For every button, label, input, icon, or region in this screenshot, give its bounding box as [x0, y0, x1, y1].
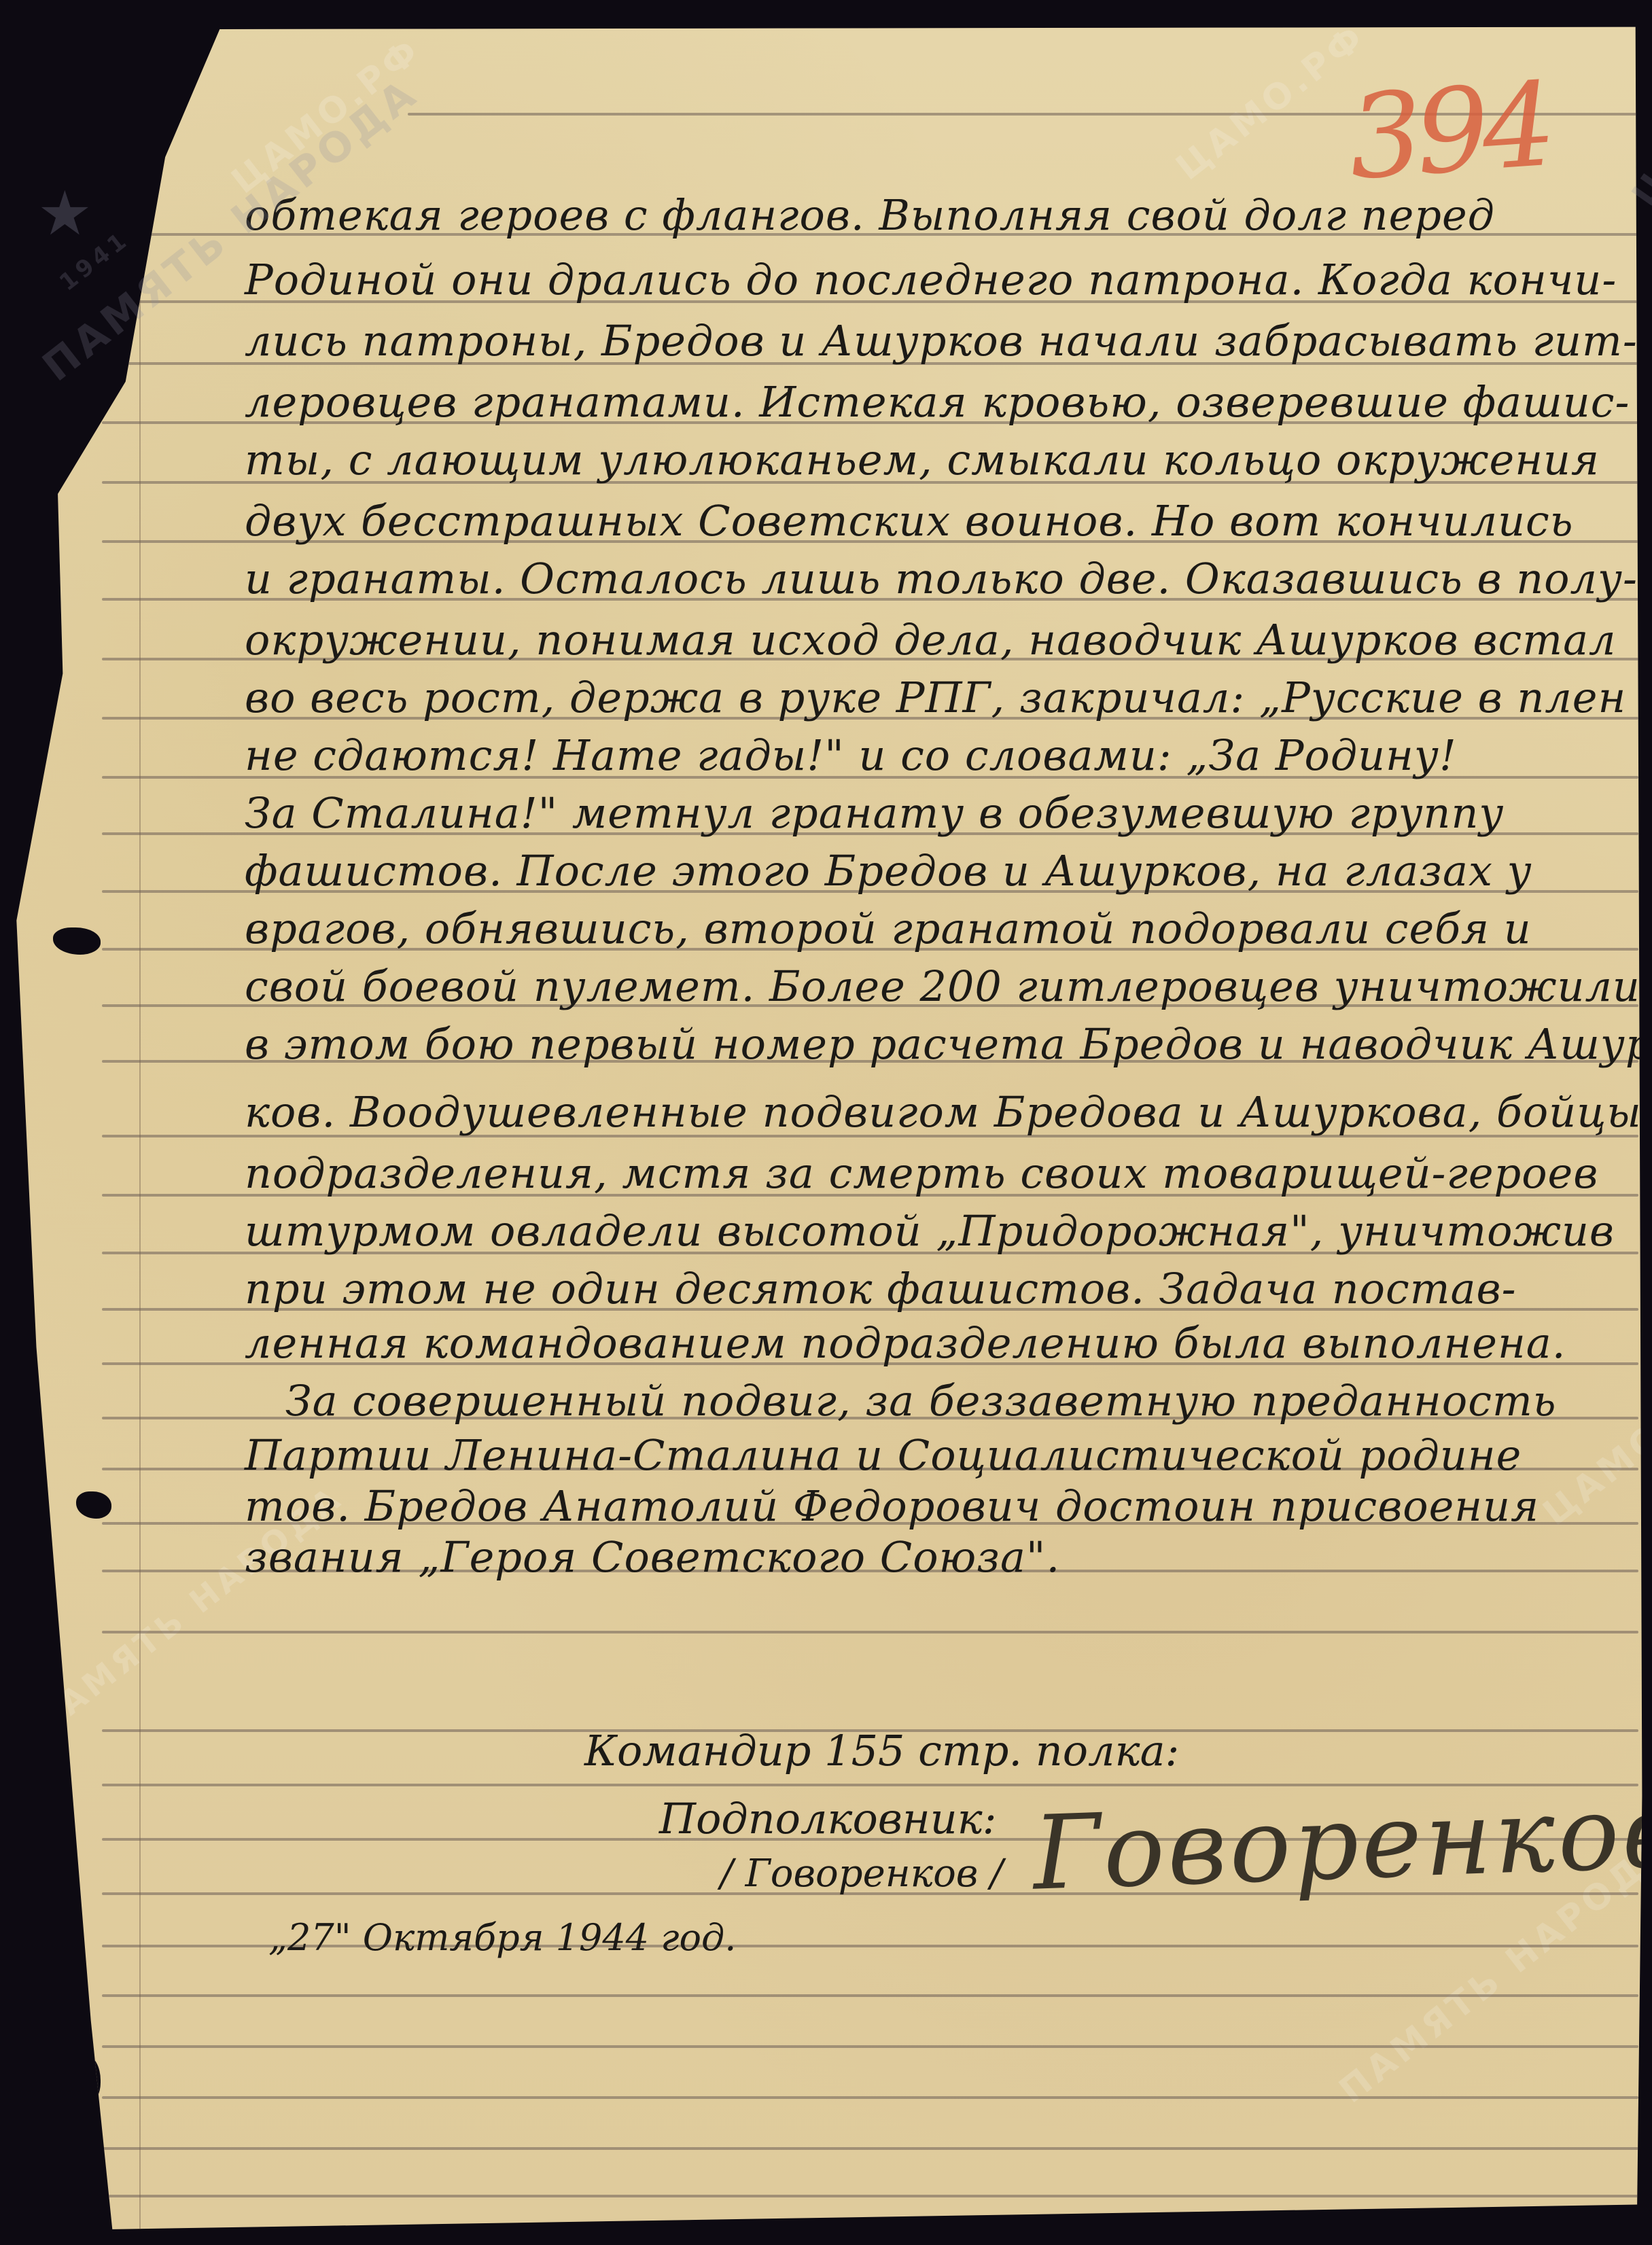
- commander-rank: Подполковник:: [659, 1794, 997, 1843]
- body-line: врагов, обнявшись, второй гранатой подор…: [245, 904, 1532, 953]
- body-line: За совершенный подвиг, за беззаветную пр…: [285, 1376, 1557, 1426]
- body-line: двух бесстрашных Советских воинов. Но во…: [245, 496, 1573, 546]
- body-line: окружении, понимая исход дела, наводчик …: [245, 615, 1617, 665]
- punch-hole: [76, 1491, 111, 1519]
- body-line: обтекая героев с флангов. Выполняя свой …: [245, 190, 1495, 240]
- margin-line: [139, 258, 141, 2229]
- body-line: при этом не один десяток фашистов. Задач…: [245, 1264, 1517, 1313]
- watermark-right-side-lower: ЦАМО: [1536, 1415, 1652, 1534]
- star-icon: ★: [37, 183, 99, 245]
- body-line: фашистов. После этого Бредов и Ашурков, …: [245, 846, 1532, 896]
- ruled-line: [102, 2147, 1638, 2150]
- body-line: лись патроны, Бредов и Ашурков начали за…: [245, 316, 1638, 366]
- body-line: ты, с лающим улюлюканьем, смыкали кольцо…: [245, 435, 1600, 484]
- document-date: „27" Октября 1944 год.: [268, 1916, 736, 1959]
- document-scan: ЦАМО.РФ ЦАМО.РФ ЦАМО ПАМЯТЬ НАРОДА ПАМЯТ…: [0, 0, 1652, 2245]
- commander-name: / Говоренков /: [720, 1852, 1003, 1896]
- body-line: За Сталина!" метнул гранату в обезумевшу…: [245, 788, 1504, 838]
- body-line: леровцев гранатами. Истекая кровью, озве…: [245, 377, 1630, 427]
- body-line: Партии Ленина-Сталина и Социалистической…: [245, 1430, 1522, 1480]
- body-line: ков. Воодушевленные подвигом Бредова и А…: [245, 1087, 1642, 1137]
- ruled-line: [102, 1631, 1638, 1633]
- handwritten-signature: Говоренков: [1031, 1772, 1652, 1913]
- ruled-line: [102, 2096, 1638, 2099]
- body-line: Родиной они дрались до последнего патрон…: [245, 255, 1617, 304]
- punch-hole: [67, 2174, 94, 2193]
- body-line: звания „Героя Советского Союза".: [245, 1532, 1060, 1582]
- ruled-line: [102, 2195, 1638, 2197]
- body-line: в этом бою первый номер расчета Бредов и…: [245, 1019, 1652, 1069]
- body-line: тов. Бредов Анатолий Федорович достоин п…: [245, 1481, 1539, 1531]
- watermark-top-right: ЦАМО.РФ: [1169, 16, 1374, 188]
- body-line: и гранаты. Осталось лишь только две. Ока…: [245, 554, 1638, 603]
- body-line: ленная командованием подразделению была …: [245, 1318, 1566, 1368]
- punch-hole: [53, 927, 101, 955]
- paper-sheet: ЦАМО.РФ ЦАМО.РФ ЦАМО ПАМЯТЬ НАРОДА ПАМЯТ…: [0, 0, 1652, 2245]
- body-line: свой боевой пулемет. Более 200 гитлеровц…: [245, 961, 1640, 1011]
- body-line: штурмом овладели высотой „Придорожная", …: [245, 1206, 1615, 1256]
- commander-title: Командир 155 стр. полка:: [584, 1726, 1179, 1775]
- ruled-line: [102, 2045, 1638, 2048]
- body-line: подразделения, мстя за смерть своих това…: [245, 1148, 1598, 1198]
- archive-page-number: 394: [1344, 58, 1553, 206]
- body-line: не сдаются! Нате гады!" и со словами: „З…: [245, 730, 1457, 780]
- ruled-line: [102, 1994, 1638, 1997]
- punch-hole: [73, 2055, 101, 2103]
- body-line: во весь рост, держа в руке РПГ, закричал…: [245, 673, 1626, 722]
